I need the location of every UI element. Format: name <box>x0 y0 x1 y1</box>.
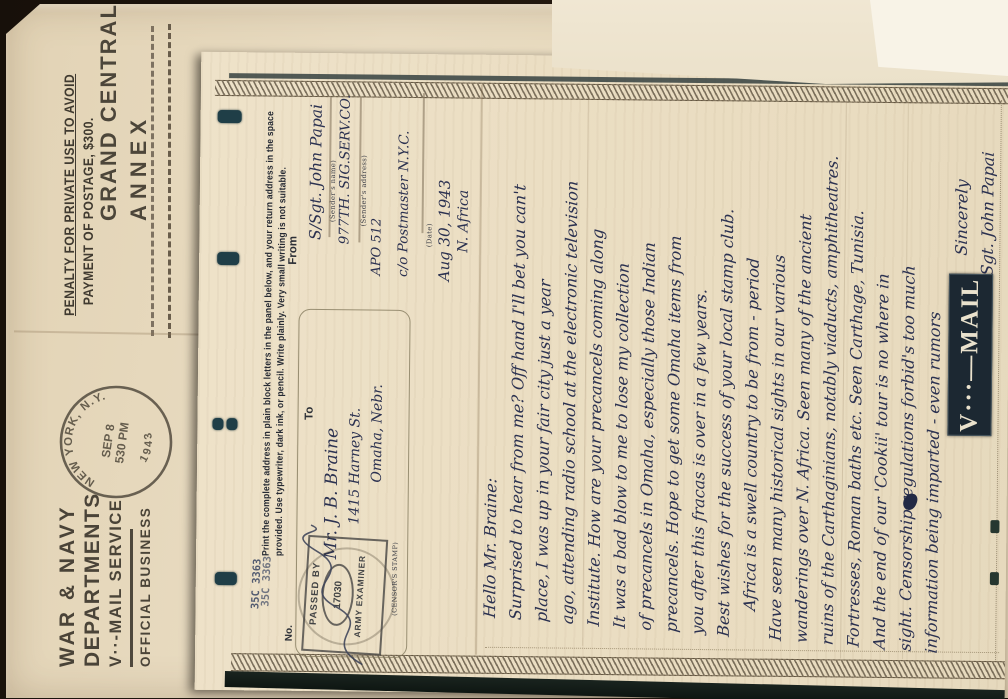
processing-stamp-code: 35C 3363 35C 3363 <box>252 539 279 609</box>
perforation-dash-line <box>168 24 171 338</box>
vmail-logo-text: V···—MAIL <box>955 278 985 432</box>
sprocket-mark <box>217 252 239 265</box>
sender-postmaster: c/o Postmaster N.Y.C. <box>395 117 417 277</box>
from-label: From <box>287 229 301 265</box>
envelope-crease <box>14 330 204 335</box>
sprocket-mark <box>212 418 223 430</box>
recipient-city: Omaha, Nebr. <box>369 353 390 483</box>
sprocket-mark <box>215 572 237 585</box>
no-label: No. <box>284 615 297 641</box>
penalty-line-1: PENALTY FOR PRIVATE USE TO AVOID <box>60 74 79 316</box>
censor-stamp: PASSED BY 17030 ARMY EXAMINER <box>301 535 388 656</box>
station-line-1: GRAND CENTRAL <box>94 51 124 221</box>
letter-line: information being imparted - even rumors <box>919 87 951 654</box>
censor-stamp-caption: (CENSOR'S STAMP) <box>390 550 401 616</box>
sender-unit-caption: (Sender's address) <box>360 148 371 226</box>
vmail-form: Print the complete address in plain bloc… <box>195 52 1008 698</box>
sender-apo: APO 512 <box>369 222 388 276</box>
sender-unit: 977TH. SIG.SERV.CO. <box>336 92 360 244</box>
scanned-vmail-letter: PENALTY FOR PRIVATE USE TO AVOID PAYMENT… <box>0 0 1008 699</box>
postal-station-name: GRAND CENTRAL ANNEX <box>94 51 158 221</box>
censor-signature-icon <box>298 523 387 668</box>
postmark-year: 1943 <box>137 428 157 465</box>
corner-card-line-2: DEPARTMENTS <box>80 475 105 667</box>
corner-card: WAR & NAVY DEPARTMENTS V··-MAIL SERVICE … <box>55 475 167 667</box>
date-caption: (Date) <box>425 215 435 247</box>
sender-name: S/Sgt. John Papai <box>306 90 330 240</box>
letter-body: Hello Mr. Braine: Surprised to hear from… <box>477 88 1003 658</box>
recipient-street: 1415 Harney St. <box>346 374 370 524</box>
letter-date: Aug 30, 1943 <box>435 163 456 281</box>
sprocket-mark <box>218 110 242 123</box>
sprocket-mark <box>226 418 237 430</box>
letter-closing: Sincerely <box>949 89 977 256</box>
corner-card-line-4: OFFICIAL BUSINESS <box>138 475 153 667</box>
letter-signature: Sgt. John Papai <box>975 92 1003 277</box>
corner-card-line-3: V··-MAIL SERVICE <box>105 475 127 667</box>
corner-card-rule <box>130 529 133 667</box>
penalty-notice: PENALTY FOR PRIVATE USE TO AVOID PAYMENT… <box>60 56 98 316</box>
process-stamp-line-2: 35C 3363 <box>260 539 274 606</box>
form-ruled-line <box>421 93 424 233</box>
station-line-2: ANNEX <box>124 51 154 221</box>
form-instructions: Print the complete address in plain bloc… <box>260 86 292 556</box>
corner-card-line-1: WAR & NAVY <box>55 475 80 667</box>
vmail-logo: V···—MAIL <box>947 274 993 436</box>
letter-place: N. Africa <box>455 176 474 252</box>
svg-text:1943: 1943 <box>137 428 157 465</box>
perforation-dash-line <box>151 26 154 336</box>
envelope-flap-corner <box>870 0 1008 76</box>
